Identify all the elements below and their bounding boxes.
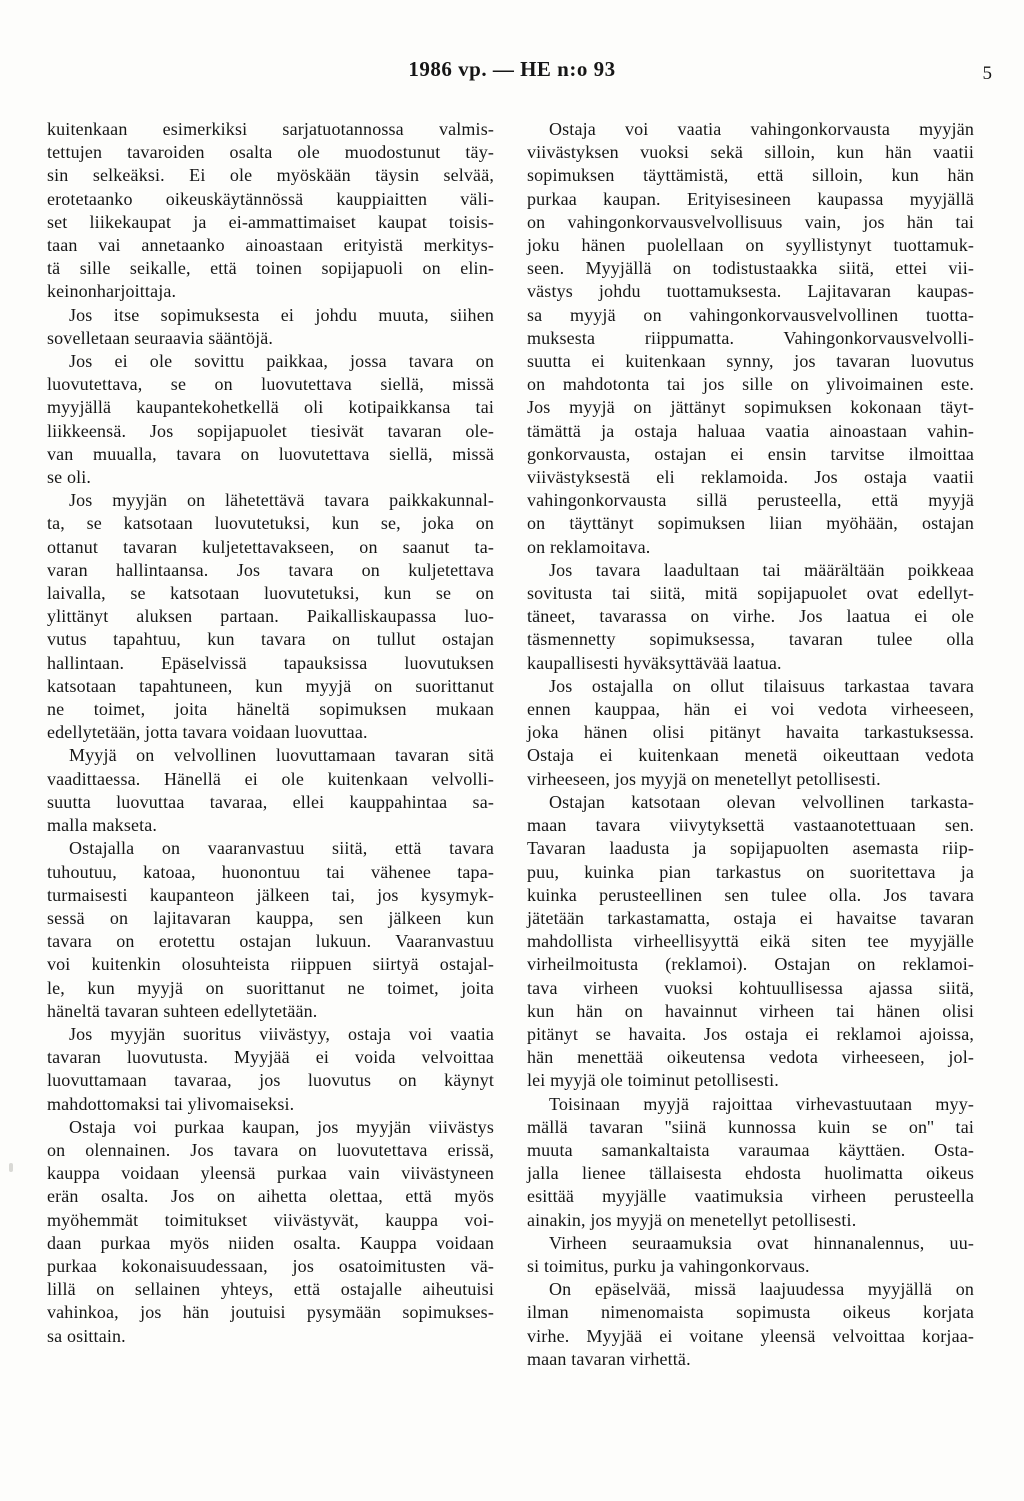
text-line: katsotaan tapahtuneen, kun myyjä on suor… (47, 675, 494, 698)
text-line: ilman nimenomaista sopimusta oikeus korj… (527, 1301, 974, 1324)
paragraph: Jos ei ole sovittu paikkaa, jossa tavara… (47, 350, 494, 489)
text-line: vaadittaessa. Hänellä ei ole kuitenkaan … (47, 768, 494, 791)
text-line: muuta samankaltaista varaumaa käyttäen. … (527, 1139, 974, 1162)
text-line: Jos ostajalla on ollut tilaisuus tarkast… (527, 675, 974, 698)
text-line: Myyjä on velvollinen luovuttamaan tavara… (47, 744, 494, 767)
paragraph: Jos ostajalla on ollut tilaisuus tarkast… (527, 675, 974, 791)
text-line: Ostajan katsotaan olevan velvollinen tar… (527, 791, 974, 814)
text-line: häneltä tavaran suhteen edellytetään. (47, 1000, 494, 1023)
text-line: sovitusta tai siitä, mitä sopijapuolet o… (527, 582, 974, 605)
text-line: vutus tapahtuu, kun tavara on tullut ost… (47, 628, 494, 651)
text-line: tavara on erotettu ostajan lukuun. Vaara… (47, 930, 494, 953)
text-line: Jos tavara laadultaan tai määrältään poi… (527, 559, 974, 582)
text-line: tavaran luovutusta. Myyjää ei voida velv… (47, 1046, 494, 1069)
text-line: viivästyksen vuoksi sekä silloin, kun hä… (527, 141, 974, 164)
text-line: malla makseta. (47, 814, 494, 837)
text-line: laivalla, se katsotaan luovutetuksi, kun… (47, 582, 494, 605)
paragraph: Jos myyjän suoritus viivästyy, ostaja vo… (47, 1023, 494, 1116)
text-line: ne toimet, joita häneltä sopimuksen muka… (47, 698, 494, 721)
text-line: mahdottomaksi tai ylivomaiseksi. (47, 1093, 494, 1116)
paragraph: Ostaja voi vaatia vahingonkorvausta myyj… (527, 118, 974, 559)
text-line: kaupallisesti hyväksyttävää laatua. (527, 652, 974, 675)
text-line: erotetaanko oikeuskäytännössä kauppiaitt… (47, 188, 494, 211)
paragraph: Ostajan katsotaan olevan velvollinen tar… (527, 791, 974, 1093)
text-line: seen. Myyjällä on todistustaakka siitä, … (527, 257, 974, 280)
paragraph: Myyjä on velvollinen luovuttamaan tavara… (47, 744, 494, 837)
text-line: van muualla, tavara on luovutettava siel… (47, 443, 494, 466)
text-line: kuitenkaan esimerkiksi sarjatuotannossa … (47, 118, 494, 141)
page-number: 5 (983, 63, 993, 85)
page-title: 1986 vp. — HE n:o 93 (0, 57, 1024, 82)
text-line: joku hänen puolellaan on syyllistynyt tu… (527, 234, 974, 257)
text-line: myöhemmät toimitukset viivästyvät, kaupp… (47, 1209, 494, 1232)
text-line: maan tavaran virhettä. (527, 1348, 974, 1371)
text-line: liikkeensä. Jos sopijapuolet tiesivät ta… (47, 420, 494, 443)
text-line: sa myyjä on vahingonkorvausvelvollinen t… (527, 304, 974, 327)
text-columns: kuitenkaan esimerkiksi sarjatuotannossa … (0, 85, 1024, 1371)
paragraph: On epäselvää, missä laajuudessa myyjällä… (527, 1278, 974, 1371)
paragraph: kuitenkaan esimerkiksi sarjatuotannossa … (47, 118, 494, 304)
text-line: luovuttamaan tavaraa, jos luovutus on kä… (47, 1069, 494, 1092)
paragraph: Ostajalla on vaaranvastuu siitä, että ta… (47, 837, 494, 1023)
right-column: Ostaja voi vaatia vahingonkorvausta myyj… (527, 118, 974, 1371)
text-line: tä sille seikalle, että toinen sopijapuo… (47, 257, 494, 280)
paragraph: Virheen seuraamuksia ovat hinnanalennus,… (527, 1232, 974, 1278)
text-line: mällä tavaran ''siinä kunnossa kuin se o… (527, 1116, 974, 1139)
text-line: täsmennetty sopimuksessa, tavaran tulee … (527, 628, 974, 651)
text-line: Jos myyjän suoritus viivästyy, ostaja vo… (47, 1023, 494, 1046)
text-line: viivästyksestä eli reklamoida. Jos ostaj… (527, 466, 974, 489)
paragraph: Ostaja voi purkaa kaupan, jos myyjän vii… (47, 1116, 494, 1348)
text-line: On epäselvää, missä laajuudessa myyjällä… (527, 1278, 974, 1301)
text-line: Jos ei ole sovittu paikkaa, jossa tavara… (47, 350, 494, 373)
text-line: Tavaran laadusta ja sopijapuolten asemas… (527, 837, 974, 860)
text-line: Ostaja ei kuitenkaan menetä oikeuttaan v… (527, 744, 974, 767)
scan-artifact-mark (9, 1163, 13, 1172)
text-line: vahingonkorvausta sillä perusteella, ett… (527, 489, 974, 512)
text-line: tuhoutuu, katoaa, huonontuu tai vähenee … (47, 861, 494, 884)
text-line: virheeseen, jos myyjä on menetellyt peto… (527, 768, 974, 791)
text-line: Jos myyjä on jättänyt sopimuksen kokonaa… (527, 396, 974, 419)
text-line: voi kuitenkin olosuhteista riippuen siir… (47, 953, 494, 976)
text-line: purkaa kaupan. Erityisesineen kaupassa m… (527, 188, 974, 211)
text-line: muksesta riippumatta. Vahingonkorvausvel… (527, 327, 974, 350)
page-header: 1986 vp. — HE n:o 93 5 (0, 0, 1024, 85)
text-line: se oli. (47, 466, 494, 489)
text-line: luovutettava, se on luovutettava siellä,… (47, 373, 494, 396)
text-line: tava virheen vuoksi kohtuullisessa ajass… (527, 977, 974, 1000)
text-line: joka hänen olisi pitänyt havaita tarkast… (527, 721, 974, 744)
text-line: sovelletaan seuraavia sääntöjä. (47, 327, 494, 350)
text-line: kuinka perusteellinen sen tulee olla. Jo… (527, 884, 974, 907)
text-line: ennen kauppaa, hän ei voi vedota virhees… (527, 698, 974, 721)
text-line: tettujen tavaroiden osalta ole muodostun… (47, 141, 494, 164)
text-line: mahdollista virheellisyyttä eikä siten t… (527, 930, 974, 953)
text-line: varan hallintaansa. Jos tavara on kuljet… (47, 559, 494, 582)
text-line: erän osalta. Jos on aihetta olettaa, ett… (47, 1185, 494, 1208)
paragraph: Jos tavara laadultaan tai määrältään poi… (527, 559, 974, 675)
text-line: turmaisesti kaupanteon jälkeen tai, jos … (47, 884, 494, 907)
text-line: on vahingonkorvausvelvollisuus vain, jos… (527, 211, 974, 234)
text-line: lillä on sellainen yhteys, että ostajall… (47, 1278, 494, 1301)
text-line: vahinkoa, jos hän joutuisi pysymään sopi… (47, 1301, 494, 1324)
text-line: maan tavara viivytyksettä vastaanotettua… (527, 814, 974, 837)
text-line: sa osittain. (47, 1325, 494, 1348)
text-line: hän menettää oikeutensa vedota virheesee… (527, 1046, 974, 1069)
text-line: ottanut tavaran kuljetettavakseen, on sa… (47, 536, 494, 559)
text-line: daan purkaa myös niiden osalta. Kauppa v… (47, 1232, 494, 1255)
text-line: le, kun myyjä on suorittanut ne toimet, … (47, 977, 494, 1000)
paragraph: Jos itse sopimuksesta ei johdu muuta, si… (47, 304, 494, 350)
text-line: Ostaja voi purkaa kaupan, jos myyjän vii… (47, 1116, 494, 1139)
text-line: sopimuksen täyttämistä, että silloin, ku… (527, 164, 974, 187)
text-line: Toisinaan myyjä rajoittaa virhevastuutaa… (527, 1093, 974, 1116)
text-line: kun hän on havainnut virheen tai hänen o… (527, 1000, 974, 1023)
text-line: purkaa kokonaisuudessaan, jos osatoimitu… (47, 1255, 494, 1278)
text-line: lei myyjä ole toiminut petollisesti. (527, 1069, 974, 1092)
text-line: sin selkeäksi. Ei ole myöskään täysin se… (47, 164, 494, 187)
text-line: suutta luovuttaa tavaraa, ellei kauppahi… (47, 791, 494, 814)
text-line: taan vai annetaanko ainoastaan erityistä… (47, 234, 494, 257)
text-line: virhe. Myyjää ei voitane yleensä velvoit… (527, 1325, 974, 1348)
text-line: pitänyt se havaita. Jos ostaja ei reklam… (527, 1023, 974, 1046)
text-line: Ostaja voi vaatia vahingonkorvausta myyj… (527, 118, 974, 141)
text-line: tämättä ja ostaja haluaa vaatia ainoasta… (527, 420, 974, 443)
text-line: set liikekaupat ja ei-ammattimaiset kaup… (47, 211, 494, 234)
text-line: jalla lienee tällaisesta ehdosta huolima… (527, 1162, 974, 1185)
text-line: puu, kuinka pian tarkastus on suoritetta… (527, 861, 974, 884)
text-line: esittää myyjälle vaatimuksia virheen per… (527, 1185, 974, 1208)
text-line: Virheen seuraamuksia ovat hinnanalennus,… (527, 1232, 974, 1255)
text-line: gonkorvausta, ostajan ei ensin tarvitse … (527, 443, 974, 466)
text-line: hallintaan. Epäselvissä tapauksissa luov… (47, 652, 494, 675)
text-line: Ostajalla on vaaranvastuu siitä, että ta… (47, 837, 494, 860)
text-line: Jos myyjän on lähetettävä tavara paikkak… (47, 489, 494, 512)
text-line: myyjällä kaupantekohetkellä oli kotipaik… (47, 396, 494, 419)
text-line: edellytetään, jotta tavara voidaan luovu… (47, 721, 494, 744)
text-line: sessä on lajitavaran kauppa, sen jälkeen… (47, 907, 494, 930)
text-line: on reklamoitava. (527, 536, 974, 559)
text-line: ainakin, jos myyjä on menetellyt petolli… (527, 1209, 974, 1232)
text-line: Jos itse sopimuksesta ei johdu muuta, si… (47, 304, 494, 327)
text-line: si toimitus, purku ja vahingonkorvaus. (527, 1255, 974, 1278)
paragraph: Jos myyjän on lähetettävä tavara paikkak… (47, 489, 494, 744)
text-line: on mahdotonta tai jos sille on ylivoimai… (527, 373, 974, 396)
left-column: kuitenkaan esimerkiksi sarjatuotannossa … (47, 118, 494, 1371)
text-line: keinonharjoittaja. (47, 280, 494, 303)
text-line: virheilmoitusta (reklamoi). Ostajan on r… (527, 953, 974, 976)
text-line: västys johdu tuottamuksesta. Lajitavaran… (527, 280, 974, 303)
text-line: täneet, tavarassa on virhe. Jos laatua e… (527, 605, 974, 628)
text-line: ta, se katsotaan luovutetuksi, kun se, j… (47, 512, 494, 535)
text-line: ylittänyt aluksen partaan. Paikalliskaup… (47, 605, 494, 628)
text-line: jätetään tarkastamatta, ostaja ei havait… (527, 907, 974, 930)
paragraph: Toisinaan myyjä rajoittaa virhevastuutaa… (527, 1093, 974, 1232)
text-line: on täyttänyt sopimuksen liian myöhään, o… (527, 512, 974, 535)
document-page: 1986 vp. — HE n:o 93 5 kuitenkaan esimer… (0, 0, 1024, 1501)
text-line: kauppa voidaan yleensä purkaa vain viivä… (47, 1162, 494, 1185)
text-line: on olennainen. Jos tavara on luovutettav… (47, 1139, 494, 1162)
text-line: suutta ei kuitenkaan synny, jos tavaran … (527, 350, 974, 373)
